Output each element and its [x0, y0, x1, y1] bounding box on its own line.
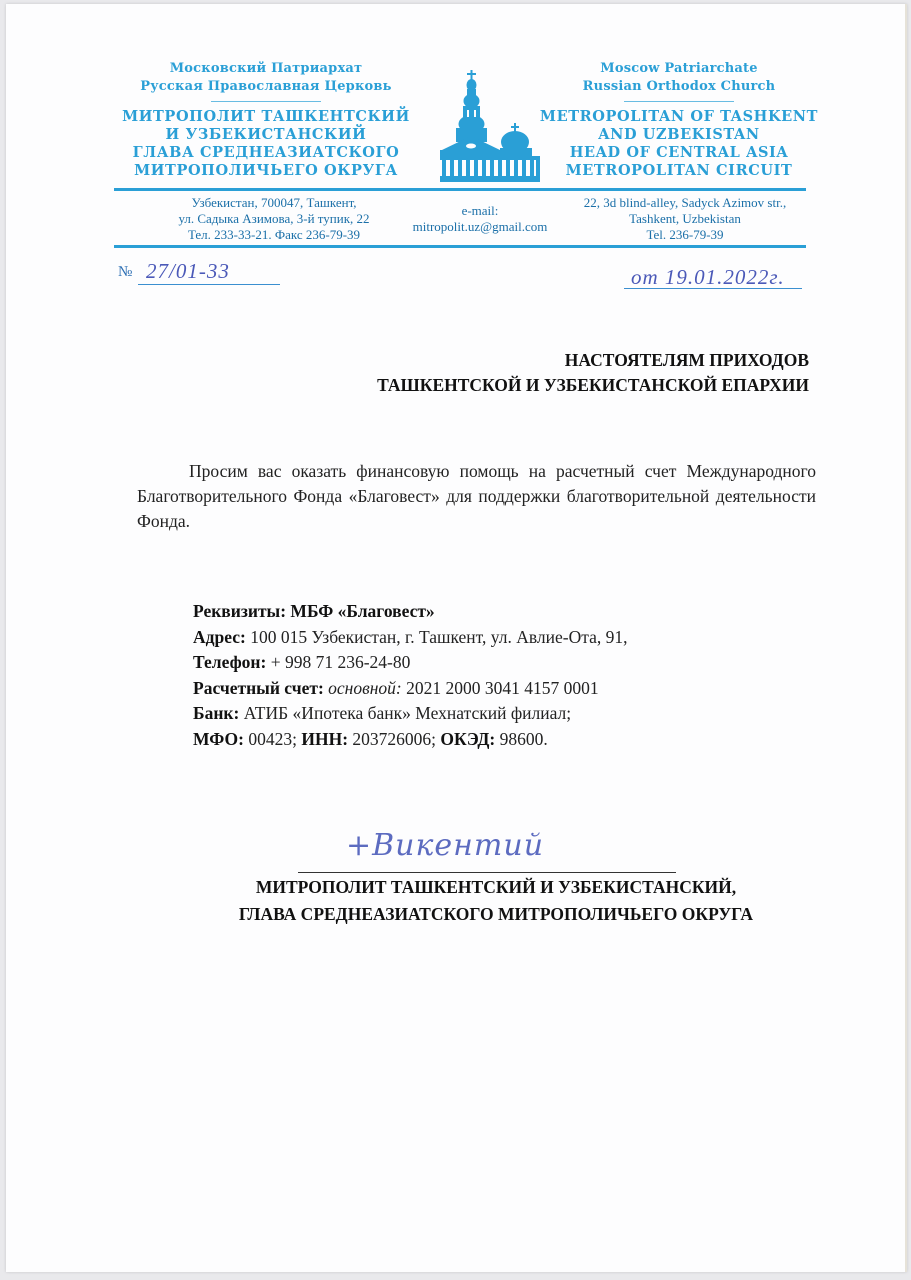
ref-number-value: 27/01-33: [146, 259, 230, 284]
address-line: 22, 3d blind-alley, Sadyck Azimov str.,: [554, 195, 816, 211]
header-rule-bottom: [114, 245, 806, 248]
requisites-title-label: Реквизиты: МБФ «Благовест»: [193, 601, 435, 621]
metropolitan-title-ru-3: ГЛАВА СРЕДНЕАЗИАТСКОГО: [106, 144, 426, 162]
requisites-codes: МФО: 00423; ИНН: 203726006; ОКЭД: 98600.: [193, 727, 627, 753]
header-divider: [211, 101, 321, 102]
phone-fax-line: Тел. 233-33-21. Факс 236-79-39: [134, 227, 414, 243]
contact-email: e-mail: mitropolit.uz@gmail.com: [400, 203, 560, 235]
metropolitan-title-ru-4: МИТРОПОЛИЧЬЕГО ОКРУГА: [106, 162, 426, 180]
letterhead-right: Moscow Patriarchate Russian Orthodox Chu…: [534, 60, 824, 180]
email-address[interactable]: mitropolit.uz@gmail.com: [400, 219, 560, 235]
field-label: МФО:: [193, 729, 244, 749]
addressee-line: ТАШКЕНТСКОЙ И УЗБЕКИСТАНСКОЙ ЕПАРХИИ: [377, 373, 809, 398]
requisites-block: Реквизиты: МБФ «Благовест» Адрес: 100 01…: [193, 599, 627, 753]
metropolitan-title-en-4: METROPOLITAN CIRCUIT: [534, 162, 824, 180]
patriarchate-ru: Московский Патриархат: [106, 60, 426, 78]
field-label: Расчетный счет:: [193, 678, 324, 698]
phone-line: Tel. 236-79-39: [554, 227, 816, 243]
field-value: 00423;: [244, 729, 301, 749]
metropolitan-title-ru-2: И УЗБЕКИСТАНСКИЙ: [106, 126, 426, 144]
handwritten-signature: +Викентий: [346, 828, 544, 863]
ref-date-underline: [624, 288, 802, 289]
addressee-line: НАСТОЯТЕЛЯМ ПРИХОДОВ: [377, 348, 809, 373]
requisites-phone: Телефон: + 998 71 236-24-80: [193, 650, 627, 676]
requisites-title: Реквизиты: МБФ «Благовест»: [193, 599, 627, 625]
church-icon: [434, 68, 546, 188]
field-value: АТИБ «Ипотека банк» Мехнатский филиал;: [239, 703, 571, 723]
letter-body: Просим вас оказать финансовую помощь на …: [137, 459, 816, 534]
addressee-block: НАСТОЯТЕЛЯМ ПРИХОДОВ ТАШКЕНТСКОЙ И УЗБЕК…: [377, 348, 809, 398]
address-line: ул. Садыка Азимова, 3-й тупик, 22: [134, 211, 414, 227]
field-value: 100 015 Узбекистан, г. Ташкент, ул. Авли…: [246, 627, 628, 647]
ref-number-label: №: [118, 264, 132, 281]
ref-date-value: от 19.01.2022г.: [631, 265, 785, 290]
body-paragraph: Просим вас оказать финансовую помощь на …: [137, 461, 816, 531]
requisites-account: Расчетный счет: основной: 2021 2000 3041…: [193, 676, 627, 702]
metropolitan-title-en-3: HEAD OF CENTRAL ASIA: [534, 144, 824, 162]
metropolitan-title-en-1: METROPOLITAN OF TASHKENT: [534, 108, 824, 126]
field-label: Банк:: [193, 703, 239, 723]
church-ru: Русская Православная Церковь: [106, 78, 426, 96]
field-label: Телефон:: [193, 652, 266, 672]
ref-number-underline: [138, 284, 280, 285]
field-value: 203726006;: [348, 729, 440, 749]
header-divider: [624, 101, 734, 102]
signatory-title: МИТРОПОЛИТ ТАШКЕНТСКИЙ И УЗБЕКИСТАНСКИЙ,…: [136, 874, 856, 928]
field-value: 98600.: [495, 729, 548, 749]
address-line: Узбекистан, 700047, Ташкент,: [134, 195, 414, 211]
signatory-title-line: ГЛАВА СРЕДНЕАЗИАТСКОГО МИТРОПОЛИЧЬЕГО ОК…: [136, 901, 856, 928]
field-value: 2021 2000 3041 4157 0001: [402, 678, 599, 698]
contact-address-ru: Узбекистан, 700047, Ташкент, ул. Садыка …: [134, 195, 414, 243]
field-label: ИНН:: [301, 729, 348, 749]
field-value: + 998 71 236-24-80: [266, 652, 410, 672]
email-label: e-mail:: [400, 203, 560, 219]
header-rule-top: [114, 188, 806, 191]
signature-line: [298, 872, 676, 873]
field-label: Адрес:: [193, 627, 246, 647]
account-note: основной:: [324, 678, 402, 698]
church-en: Russian Orthodox Church: [534, 78, 824, 96]
address-line: Tashkent, Uzbekistan: [554, 211, 816, 227]
letterhead-left: Московский Патриархат Русская Православн…: [106, 60, 426, 180]
signatory-title-line: МИТРОПОЛИТ ТАШКЕНТСКИЙ И УЗБЕКИСТАНСКИЙ,: [136, 874, 856, 901]
patriarchate-en: Moscow Patriarchate: [534, 60, 824, 78]
requisites-bank: Банк: АТИБ «Ипотека банк» Мехнатский фил…: [193, 701, 627, 727]
field-label: ОКЭД:: [440, 729, 495, 749]
requisites-address: Адрес: 100 015 Узбекистан, г. Ташкент, у…: [193, 625, 627, 651]
contact-address-en: 22, 3d blind-alley, Sadyck Azimov str., …: [554, 195, 816, 243]
metropolitan-title-ru-1: МИТРОПОЛИТ ТАШКЕНТСКИЙ: [106, 108, 426, 126]
letter-page: Московский Патриархат Русская Православн…: [6, 4, 907, 1272]
metropolitan-title-en-2: AND UZBEKISTAN: [534, 126, 824, 144]
